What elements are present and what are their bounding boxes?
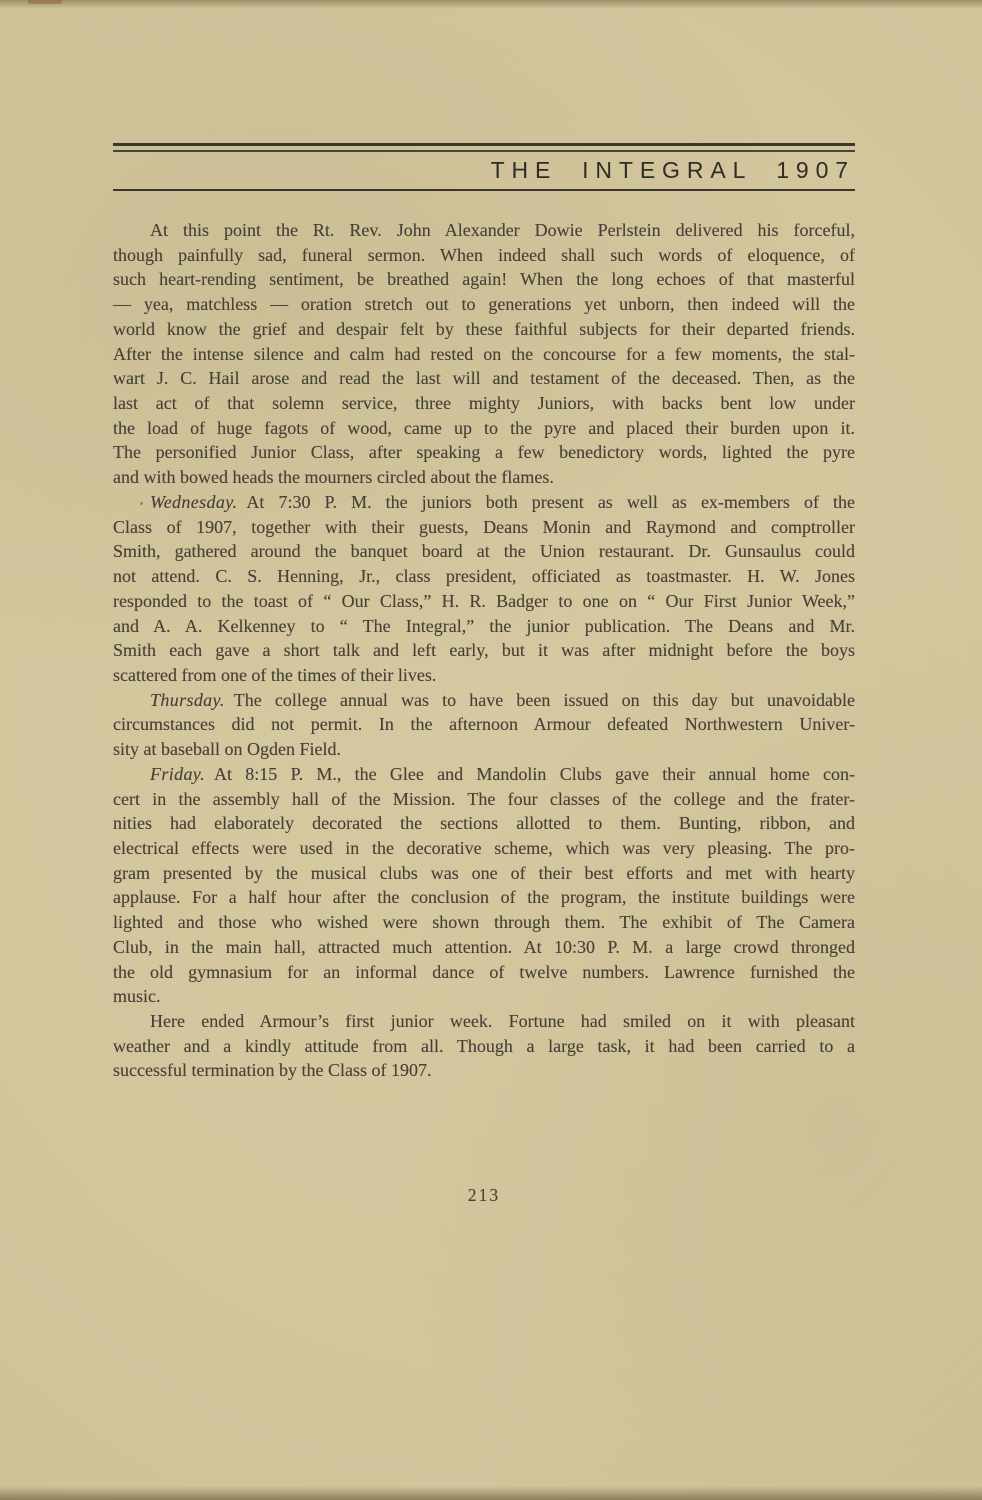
text-line: At this point the Rt. Rev. John Alexande…	[113, 218, 855, 243]
text-line: successful termination by the Class of 1…	[113, 1058, 855, 1083]
text-line: and with bowed heads the mourners circle…	[113, 465, 855, 490]
scan-edge-bottom	[0, 1486, 982, 1500]
paragraph: Friday. At 8:15 P. M., the Glee and Mand…	[113, 762, 855, 1009]
text-line: last act of that solemn service, three m…	[113, 391, 855, 416]
scan-edge-top	[0, 0, 982, 9]
text-line: world know the grief and despair felt by…	[113, 317, 855, 342]
text-line: Here ended Armour’s first junior week. F…	[113, 1009, 855, 1034]
text-line: music.	[113, 984, 855, 1009]
text-line: lighted and those who wished were shown …	[113, 910, 855, 935]
text-line: applause. For a half hour after the conc…	[113, 885, 855, 910]
text-line: Wednesday. At 7:30 P. M. the juniors bot…	[113, 490, 855, 515]
scan-artifact-red-speck	[28, 0, 62, 4]
text-line: though painfully sad, funeral sermon. Wh…	[113, 243, 855, 268]
text-line: the old gymnasium for an informal dance …	[113, 960, 855, 985]
text-line: Smith each gave a short talk and left ea…	[113, 638, 855, 663]
text-line: responded to the toast of “ Our Class,” …	[113, 589, 855, 614]
text-line: Thursday. The college annual was to have…	[113, 688, 855, 713]
text-line: Club, in the main hall, attracted much a…	[113, 935, 855, 960]
text-line: scattered from one of the times of their…	[113, 663, 855, 688]
text-line: weather and a kindly attitude from all. …	[113, 1034, 855, 1059]
text-line: cert in the assembly hall of the Mission…	[113, 787, 855, 812]
text-line: the load of huge fagots of wood, came up…	[113, 416, 855, 441]
text-line: — yea, matchless — oration stretch out t…	[113, 292, 855, 317]
text-line: nities had elaborately decorated the sec…	[113, 811, 855, 836]
paragraph: Wednesday. At 7:30 P. M. the juniors bot…	[113, 490, 855, 688]
text-line: Friday. At 8:15 P. M., the Glee and Mand…	[113, 762, 855, 787]
text-line: such heart-rending sentiment, be breathe…	[113, 267, 855, 292]
text-line: Class of 1907, together with their guest…	[113, 515, 855, 540]
day-name-italic: Friday.	[150, 764, 205, 784]
header-rule-top-thin	[113, 150, 855, 152]
day-name-italic: Thursday.	[150, 690, 225, 710]
text-line: The personified Junior Class, after spea…	[113, 440, 855, 465]
page-title: THE INTEGRAL 1907	[113, 157, 855, 184]
text-line: gram presented by the musical clubs was …	[113, 861, 855, 886]
text-line: sity at baseball on Ogden Field.	[113, 737, 855, 762]
text-line: wart J. C. Hail arose and read the last …	[113, 366, 855, 391]
text-line: not attend. C. S. Henning, Jr., class pr…	[113, 564, 855, 589]
paragraph: Thursday. The college annual was to have…	[113, 688, 855, 762]
page-number: 213	[113, 1185, 855, 1206]
header-rule-bottom	[113, 189, 855, 191]
body-text: At this point the Rt. Rev. John Alexande…	[113, 218, 855, 1083]
text-line: Smith, gathered around the banquet board…	[113, 539, 855, 564]
text-line: and A. A. Kelkenney to “ The Integral,” …	[113, 614, 855, 639]
scanned-book-page: THE INTEGRAL 1907 At this point the Rt. …	[0, 0, 982, 1500]
text-line: circumstances did not permit. In the aft…	[113, 712, 855, 737]
paragraph: Here ended Armour’s first junior week. F…	[113, 1009, 855, 1083]
text-line: electrical effects were used in the deco…	[113, 836, 855, 861]
day-name-italic: Wednesday.	[150, 492, 237, 512]
paragraph: At this point the Rt. Rev. John Alexande…	[113, 218, 855, 490]
text-line: After the intense silence and calm had r…	[113, 342, 855, 367]
header-rule-top-thick	[113, 143, 855, 146]
